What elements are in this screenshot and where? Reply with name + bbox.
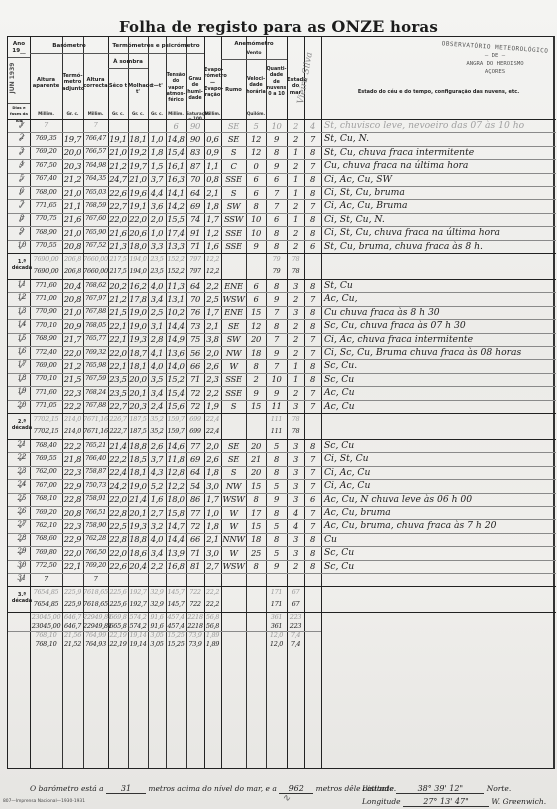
decade-total-cell: 7654,85 bbox=[30, 600, 62, 608]
barometer-note: O barómetro está a 31 metros acima do ní… bbox=[30, 784, 396, 794]
cell-diff: 3,1 bbox=[148, 321, 166, 331]
cell-vel: 15 bbox=[246, 521, 266, 531]
cell-seco: 19,1 bbox=[108, 134, 128, 144]
cell-corr: 768,05 bbox=[83, 321, 108, 329]
decade-total-cell: 32,9 bbox=[148, 588, 166, 596]
cell-diff: 3,7 bbox=[148, 174, 166, 184]
cell-rumo: SSE bbox=[221, 241, 246, 251]
decade-total-cell: 225,6 bbox=[108, 600, 128, 608]
cell-term: 22,3 bbox=[62, 388, 83, 398]
sky-state-remark: Ci, St, Cu, N. bbox=[324, 214, 385, 225]
checkmark-icon: ✓ bbox=[11, 159, 33, 173]
cell-mar2: 7 bbox=[304, 334, 321, 344]
cell-nuv: 9 bbox=[266, 348, 287, 358]
cell-mar: 3 bbox=[287, 534, 304, 544]
cell-mar2: 8 bbox=[304, 281, 321, 291]
cell-corr: 758,91 bbox=[83, 494, 108, 502]
cell-molh: 18,8 bbox=[128, 534, 148, 544]
cell-molh: 19,6 bbox=[128, 188, 148, 198]
cell-rumo: S bbox=[221, 401, 246, 411]
decade-total-cell: 7660,00 bbox=[83, 267, 108, 275]
longitude-line: Longitude 27° 13' 47" W. Greenwich. bbox=[362, 797, 546, 807]
thermometer-group-header: Termómetros e psicrómetro bbox=[108, 43, 204, 49]
cell-term: 22,1 bbox=[62, 561, 83, 571]
cell-nuv: 8 bbox=[266, 281, 287, 291]
cell-diff: 4,0 bbox=[148, 281, 166, 291]
checkmark-icon: ✓ bbox=[11, 213, 33, 227]
cell-seco: 21,3 bbox=[108, 241, 128, 251]
cell-mar: 2 bbox=[287, 388, 304, 398]
col-header-altura-correcta: Altura correcta bbox=[83, 77, 108, 90]
totals-cell: 91,6 bbox=[148, 622, 166, 630]
checkmark-icon: ✓ bbox=[11, 173, 33, 187]
cell-evap: 1,2 bbox=[204, 228, 221, 238]
totals-cell: 73,9 bbox=[186, 640, 204, 648]
cell-evap: 3,8 bbox=[204, 334, 221, 344]
cell-molh: 19,2 bbox=[128, 147, 148, 157]
cell-seco: 22,6 bbox=[108, 561, 128, 571]
decade-total-cell: 23,5 bbox=[148, 267, 166, 275]
cell-diff: 1,0 bbox=[148, 134, 166, 144]
decade-total-cell: 22,4 bbox=[204, 427, 221, 435]
cell-evap: 2,1 bbox=[204, 321, 221, 331]
sky-state-remark: Ac, Cu, bbox=[324, 293, 358, 304]
cell-rumo: SSE bbox=[221, 228, 246, 238]
decade-total-cell: 722 bbox=[186, 588, 204, 596]
decade-total-cell: 7702,15 bbox=[30, 415, 62, 423]
cell-tensao: 13,9 bbox=[166, 548, 186, 558]
decade-total-cell: 79 bbox=[266, 267, 287, 275]
cell-corr: 7 bbox=[83, 575, 108, 583]
cell-mar2: 8 bbox=[304, 548, 321, 558]
cell-mar: 3 bbox=[287, 494, 304, 504]
cell-rumo: NW bbox=[221, 481, 246, 491]
cell-evap: 0,6 bbox=[204, 134, 221, 144]
cell-corr: 767,97 bbox=[83, 294, 108, 302]
decade-total-cell: 78 bbox=[287, 415, 304, 423]
unit-label-altura_correcta: Millim. bbox=[83, 111, 108, 116]
cell-seco: 22,0 bbox=[108, 548, 128, 558]
decade-total-cell: 152,2 bbox=[166, 267, 186, 275]
cell-diff: 1,5 bbox=[148, 161, 166, 171]
cell-corr: 768,62 bbox=[83, 281, 108, 289]
cell-seco: 22,0 bbox=[108, 348, 128, 358]
cell-evap: 2,5 bbox=[204, 294, 221, 304]
cell-hum: 76 bbox=[186, 307, 204, 317]
checkmark-icon: ✓ bbox=[11, 519, 33, 533]
cell-rumo: SSE bbox=[221, 174, 246, 184]
cell-molh: 19,0 bbox=[128, 481, 148, 491]
totals-cell: 56,8 bbox=[204, 622, 221, 630]
cell-hum: 66 bbox=[186, 534, 204, 544]
cell-term: 20,4 bbox=[62, 281, 83, 291]
sky-state-remark: Sc, Cu bbox=[324, 440, 354, 451]
cell-rumo: SSE bbox=[221, 374, 246, 384]
cell-vel: 2 bbox=[246, 374, 266, 384]
cell-term: 20,8 bbox=[62, 294, 83, 304]
latitude-label: Latitude bbox=[362, 784, 394, 793]
cell-hum: 70 bbox=[186, 294, 204, 304]
cell-mar: 3 bbox=[287, 548, 304, 558]
cell-vel: 20 bbox=[246, 467, 266, 477]
cell-nuv: 7 bbox=[266, 334, 287, 344]
cell-term: 20,3 bbox=[62, 161, 83, 171]
cell-diff: 5,2 bbox=[148, 481, 166, 491]
cell-nuv: 9 bbox=[266, 294, 287, 304]
checkmark-icon: ✓ bbox=[11, 226, 33, 240]
cell-molh: 18,1 bbox=[128, 134, 148, 144]
cell-hum: 64 bbox=[186, 188, 204, 198]
cell-tensao: 14,2 bbox=[166, 201, 186, 211]
cell-tensao: 13,6 bbox=[166, 348, 186, 358]
decade-total-cell: 35,2 bbox=[148, 415, 166, 423]
cell-diff: 1,8 bbox=[148, 147, 166, 157]
decade-total-cell: 12,2 bbox=[204, 267, 221, 275]
cell-diff: 2,6 bbox=[148, 441, 166, 451]
cell-mar: 2 bbox=[287, 134, 304, 144]
sky-state-remark: Ac, Cu, bruma, chuva fraca às 7 h 20 bbox=[324, 520, 496, 531]
sky-state-remark: Ac, Cu bbox=[324, 387, 355, 398]
cell-mar: 1 bbox=[287, 174, 304, 184]
totals-cell: 665,8 bbox=[108, 622, 128, 630]
cell-molh: 18,8 bbox=[128, 441, 148, 451]
row-divider bbox=[30, 53, 108, 54]
year-label: Ano bbox=[8, 41, 30, 47]
totals-cell: 22,19 bbox=[108, 631, 128, 639]
cell-nuv: 8 bbox=[266, 228, 287, 238]
totals-cell: 22949,81 bbox=[83, 622, 108, 630]
cell-mar2: 6 bbox=[304, 241, 321, 251]
unit-label-velocidade: Quilóm. bbox=[246, 111, 266, 116]
cell-vel: 6 bbox=[246, 188, 266, 198]
decade-total-cell: 159,7 bbox=[166, 415, 186, 423]
cell-nuv: 6 bbox=[266, 214, 287, 224]
decade-total-cell: 225,9 bbox=[62, 600, 83, 608]
cell-molh: 18,1 bbox=[128, 361, 148, 371]
cell-rumo: WSW bbox=[221, 561, 246, 571]
decade-total-cell: 111 bbox=[266, 427, 287, 435]
cell-tensao: 14,6 bbox=[166, 441, 186, 451]
decade-total-cell: 78 bbox=[287, 255, 304, 263]
cell-nuv: 8 bbox=[266, 147, 287, 157]
cell-term: 19,7 bbox=[62, 134, 83, 144]
cell-mar2: 7 bbox=[304, 467, 321, 477]
cell-rumo: W bbox=[221, 548, 246, 558]
cell-tensao: 16,3 bbox=[166, 174, 186, 184]
sky-state-remark: Ac, Cu, bruma bbox=[324, 507, 391, 518]
cell-mar2: 7 bbox=[304, 454, 321, 464]
cell-nuv: 10 bbox=[266, 374, 287, 384]
cell-mar: 4 bbox=[287, 508, 304, 518]
totals-cell: 223 bbox=[287, 622, 304, 630]
cell-mar2: 8 bbox=[304, 561, 321, 571]
cell-tensao: 15,4 bbox=[166, 388, 186, 398]
cell-hum: 75 bbox=[186, 334, 204, 344]
cell-evap: 1,7 bbox=[204, 307, 221, 317]
cell-evap: 1,1 bbox=[204, 161, 221, 171]
cell-evap: 1,0 bbox=[204, 508, 221, 518]
cell-term: 22,0 bbox=[62, 548, 83, 558]
checkmark-icon: ✓ bbox=[11, 479, 33, 493]
cell-corr: 7 bbox=[83, 121, 108, 129]
cell-mar2: 6 bbox=[304, 494, 321, 504]
sky-state-remark: Sc, Cu bbox=[324, 374, 354, 385]
cell-tensao: 14,9 bbox=[166, 334, 186, 344]
row-divider bbox=[8, 57, 30, 58]
decade-total-cell: 171 bbox=[266, 600, 287, 608]
row-divider bbox=[8, 253, 556, 254]
cell-mar2: 7 bbox=[304, 161, 321, 171]
cell-term: 22,8 bbox=[62, 494, 83, 504]
unit-label-evaporacao: Millim. bbox=[204, 111, 221, 116]
cell-seco: 22,7 bbox=[108, 401, 128, 411]
cell-corr: 765,77 bbox=[83, 334, 108, 342]
cell-mar: 3 bbox=[287, 441, 304, 451]
cell-term: 21,1 bbox=[62, 201, 83, 211]
col-header-rumo: Rumo bbox=[221, 87, 246, 93]
cell-evap: 2,2 bbox=[204, 388, 221, 398]
checkmark-icon: ✓ bbox=[11, 546, 33, 560]
cell-rumo: SSE bbox=[221, 388, 246, 398]
totals-cell: 3,05 bbox=[148, 631, 166, 639]
cell-rumo: W bbox=[221, 521, 246, 531]
cell-corr: 750,73 bbox=[83, 481, 108, 489]
totals-cell: 12,0 bbox=[266, 631, 287, 639]
cell-nuv: 10 bbox=[266, 121, 287, 131]
decade-total-cell: 22,2 bbox=[204, 588, 221, 596]
cell-hum: 73 bbox=[186, 321, 204, 331]
cell-hum: 87 bbox=[186, 161, 204, 171]
cell-mar2: 7 bbox=[304, 201, 321, 211]
checkmark-icon: ✓ bbox=[11, 573, 33, 587]
decade-total-cell: 12,2 bbox=[204, 255, 221, 263]
cell-vel: 15 bbox=[246, 481, 266, 491]
cell-term: 21,0 bbox=[62, 307, 83, 317]
decade-total-cell: 22,4 bbox=[204, 415, 221, 423]
checkmark-icon: ✓ bbox=[11, 292, 33, 306]
cell-corr: 765,21 bbox=[83, 441, 108, 449]
decade-total-cell: 187,5 bbox=[128, 427, 148, 435]
totals-cell: 22,19 bbox=[108, 640, 128, 648]
cell-corr: 766,51 bbox=[83, 508, 108, 516]
title-prefix: Folha de registo para as bbox=[119, 18, 326, 36]
cell-corr: 766,50 bbox=[83, 548, 108, 556]
totals-cell: 457,4 bbox=[166, 613, 186, 621]
cell-hum: 56 bbox=[186, 348, 204, 358]
cell-hum: 64 bbox=[186, 281, 204, 291]
cell-molh: 18,1 bbox=[128, 467, 148, 477]
sky-state-remark: Sc, Cu. bbox=[324, 360, 357, 371]
totals-cell: 646,7 bbox=[62, 613, 83, 621]
cell-hum: 72 bbox=[186, 401, 204, 411]
decade-total-cell: 152,2 bbox=[166, 255, 186, 263]
cell-nuv: 8 bbox=[266, 321, 287, 331]
cell-corr: 769,20 bbox=[83, 561, 108, 569]
cell-evap: 1,7 bbox=[204, 214, 221, 224]
cell-term: 21,0 bbox=[62, 188, 83, 198]
cell-mar2: 8 bbox=[304, 374, 321, 384]
cell-mar2: 7 bbox=[304, 481, 321, 491]
cell-nuv: 7 bbox=[266, 201, 287, 211]
register-sheet: Folha de registo para as ONZE horas OBSE… bbox=[0, 0, 557, 809]
cell-hum: 71 bbox=[186, 241, 204, 251]
col-header-velocidade: Veloci-dade horária bbox=[246, 77, 266, 96]
checkmark-icon: ✓ bbox=[11, 400, 33, 414]
totals-cell: 1,89 bbox=[204, 631, 221, 639]
barometer-prefix: O barómetro está a bbox=[30, 784, 104, 793]
cell-seco: 20,2 bbox=[108, 281, 128, 291]
decade-total-cell: 797 bbox=[186, 267, 204, 275]
checkmark-icon: ✓ bbox=[11, 132, 33, 146]
year-value: 19__ bbox=[8, 48, 30, 54]
cell-nuv: 6 bbox=[266, 174, 287, 184]
checkmark-icon: ✓ bbox=[11, 359, 33, 373]
cell-seco: 22,1 bbox=[108, 334, 128, 344]
cell-mar2: 8 bbox=[304, 174, 321, 184]
cell-corr: 765,03 bbox=[83, 188, 108, 196]
cell-mar: 2 bbox=[287, 228, 304, 238]
cell-nuv: 8 bbox=[266, 241, 287, 251]
decade-total-cell: 225,6 bbox=[108, 588, 128, 596]
totals-cell: 23045,00 bbox=[30, 622, 62, 630]
cell-diff: 3,6 bbox=[148, 201, 166, 211]
cell-corr: 767,88 bbox=[83, 401, 108, 409]
cell-nuv: 7 bbox=[266, 361, 287, 371]
checkmark-icon: ✓ bbox=[11, 279, 33, 293]
cell-term: 22,2 bbox=[62, 441, 83, 451]
checkmark-icon: ✓ bbox=[11, 466, 33, 480]
cell-tensao: 11,8 bbox=[166, 454, 186, 464]
cell-term: 21,6 bbox=[62, 214, 83, 224]
cell-diff: 4,1 bbox=[148, 348, 166, 358]
cell-diff: 3,2 bbox=[148, 521, 166, 531]
cell-mar: 3 bbox=[287, 281, 304, 291]
cell-vel: 10 bbox=[246, 228, 266, 238]
checkmark-icon: ✓ bbox=[11, 439, 33, 453]
totals-cell: 15,25 bbox=[166, 640, 186, 648]
sky-state-remark: Ac, Cu bbox=[324, 401, 355, 412]
cell-corr: 769,32 bbox=[83, 348, 108, 356]
cell-evap: 2,3 bbox=[204, 374, 221, 384]
sky-state-remark: Ci, Ac, Cu, SW bbox=[324, 174, 392, 185]
cell-molh: 19,1 bbox=[128, 201, 148, 211]
cell-diff: 2,7 bbox=[148, 508, 166, 518]
sky-state-remark: Ci, St, Cu bbox=[324, 453, 369, 464]
cell-vel: 12 bbox=[246, 321, 266, 331]
checkmark-icon: ✓ bbox=[11, 386, 33, 400]
cell-mar: 2 bbox=[287, 241, 304, 251]
cell-mar: 1 bbox=[287, 374, 304, 384]
decade-total-cell: 194,0 bbox=[128, 267, 148, 275]
unit-label-altura_aparente: Millim. bbox=[30, 111, 62, 116]
title-hour: ONZE bbox=[331, 17, 384, 36]
cell-mar2: 7 bbox=[304, 521, 321, 531]
cell-tensao: 14,4 bbox=[166, 534, 186, 544]
cell-hum: 66 bbox=[186, 361, 204, 371]
cell-nuv: 7 bbox=[266, 188, 287, 198]
cell-seco: 23,5 bbox=[108, 374, 128, 384]
decade-total-cell: 214,0 bbox=[62, 427, 83, 435]
decade-total-cell: 206,8 bbox=[62, 267, 83, 275]
totals-cell: 23045,00 bbox=[30, 613, 62, 621]
longitude-suffix: W. Greenwich. bbox=[491, 797, 546, 806]
cell-seco: 21,6 bbox=[108, 228, 128, 238]
cell-nuv: 11 bbox=[266, 401, 287, 411]
cell-mar: 2 bbox=[287, 561, 304, 571]
totals-cell: 7,4 bbox=[287, 631, 304, 639]
unit-label-diff: Gr. c. bbox=[148, 111, 166, 116]
cell-molh: 20,0 bbox=[128, 374, 148, 384]
cell-seco: 21,2 bbox=[108, 161, 128, 171]
cell-nuv: 9 bbox=[266, 561, 287, 571]
cell-hum: 77 bbox=[186, 508, 204, 518]
sky-state-remark: Ci, Ac, Cu, Bruma bbox=[324, 200, 407, 211]
cell-tensao: 11,3 bbox=[166, 281, 186, 291]
checkmark-icon: ✓ bbox=[11, 560, 33, 574]
cell-mar: 1 bbox=[287, 214, 304, 224]
cell-hum: 74 bbox=[186, 214, 204, 224]
cell-rumo: S bbox=[221, 188, 246, 198]
decade-total-cell: 699 bbox=[186, 427, 204, 435]
totals-cell: 2218 bbox=[186, 613, 204, 621]
cell-diff: 2,5 bbox=[148, 307, 166, 317]
page-title: Folha de registo para as ONZE horas bbox=[0, 17, 557, 36]
totals-cell: 574,2 bbox=[128, 622, 148, 630]
cell-nuv: 8 bbox=[266, 454, 287, 464]
cell-rumo: SE bbox=[221, 454, 246, 464]
decade-total-cell: 222,7 bbox=[108, 427, 128, 435]
row-divider bbox=[221, 59, 287, 60]
totals-cell: 7,4 bbox=[287, 640, 304, 648]
cell-molh: 19,3 bbox=[128, 521, 148, 531]
cell-vel: 6 bbox=[246, 281, 266, 291]
cell-rumo: SE bbox=[221, 441, 246, 451]
cell-mar2: 7 bbox=[304, 348, 321, 358]
cell-molh: 21,0 bbox=[128, 174, 148, 184]
cell-tensao: 15,4 bbox=[166, 147, 186, 157]
cell-evap: 3,0 bbox=[204, 481, 221, 491]
cell-rumo: W bbox=[221, 361, 246, 371]
cell-tensao: 17,4 bbox=[166, 228, 186, 238]
print-imprint: 807—Imprensa Nacional—1930-1931 bbox=[3, 799, 85, 804]
cell-mar2: 8 bbox=[304, 147, 321, 157]
cell-tensao: 15,2 bbox=[166, 374, 186, 384]
decade-total-cell: 206,8 bbox=[62, 255, 83, 263]
row-divider bbox=[8, 586, 556, 587]
longitude-value: 27° 13' 47" bbox=[403, 797, 489, 807]
cell-molh: 16,2 bbox=[128, 281, 148, 291]
cell-corr: 767,60 bbox=[83, 214, 108, 222]
cell-seco: 22,4 bbox=[108, 467, 128, 477]
sky-state-remark: Ci, St, Cu, bruma bbox=[324, 187, 405, 198]
col-header-diff: t—t' bbox=[148, 83, 166, 89]
cell-vel: 25 bbox=[246, 548, 266, 558]
sky-state-remark: Ci, Sc, Cu, Bruma chuva fraca às 08 hora… bbox=[324, 347, 521, 358]
cell-corr: 766,57 bbox=[83, 147, 108, 155]
cell-term: 21,2 bbox=[62, 174, 83, 184]
cell-corr: 768,59 bbox=[83, 201, 108, 209]
cell-mar: 3 bbox=[287, 467, 304, 477]
cell-corr: 764,98 bbox=[83, 161, 108, 169]
cell-hum: 72 bbox=[186, 388, 204, 398]
cell-molh: 19,0 bbox=[128, 307, 148, 317]
totals-cell: 574,2 bbox=[128, 613, 148, 621]
cell-vel: 18 bbox=[246, 534, 266, 544]
cell-corr: 766,47 bbox=[83, 134, 108, 142]
cell-diff: 3,4 bbox=[148, 548, 166, 558]
month-stamp: JUN 1939 bbox=[10, 61, 16, 95]
cell-corr: 767,52 bbox=[83, 241, 108, 249]
